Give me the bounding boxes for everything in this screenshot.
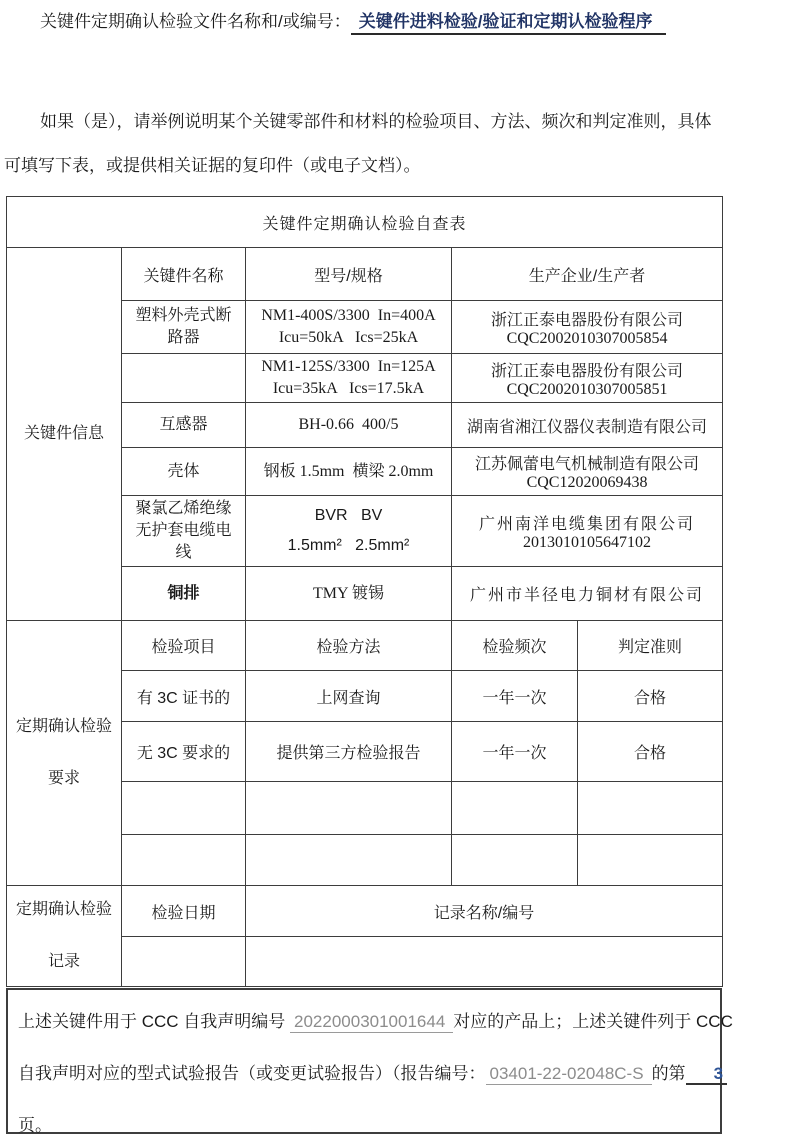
- section3-label-line2: 记录: [13, 951, 115, 973]
- cell-component-spec: NM1-125S/3300 In=125A Icu=35kA Ics=17.5k…: [246, 354, 452, 403]
- manufacturer-name: 浙江正泰电器股份有限公司: [458, 358, 716, 381]
- manufacturer-cert-no: CQC12020069438: [458, 474, 716, 492]
- ccc-declaration-box: 上述关键件用于 CCC 自我声明编号 2022000301001644对应的产品…: [6, 988, 722, 1134]
- cell-manufacturer: 湖南省湘江仪器仪表制造有限公司: [452, 403, 723, 448]
- manufacturer-cert-no: CQC2002010307005851: [458, 381, 716, 399]
- cell-manufacturer: 广州南洋电缆集团有限公司 2013010105647102: [452, 496, 723, 567]
- spec-line-1: BH-0.66 400/5: [252, 414, 445, 436]
- cell-component-spec: NM1-400S/3300 In=400A Icu=50kA Ics=25kA: [246, 301, 452, 354]
- cell-component-name: 铜排: [122, 567, 246, 621]
- spec-line-1: 钢板 1.5mm 横梁 2.0mm: [252, 461, 445, 483]
- cell-inspection-item: [122, 835, 246, 886]
- col-header-frequency: 检验频次: [452, 621, 578, 671]
- col-header-spec: 型号/规格: [246, 248, 452, 301]
- cell-criterion: 合格: [578, 671, 723, 722]
- manufacturer-name: 江苏佩蕾电气机械制造有限公司: [458, 451, 716, 474]
- declaration-text: 对应的产品上；上述关键件列于 CCC: [453, 1012, 733, 1031]
- section2-label-line1: 定期确认检验: [13, 716, 115, 738]
- cell-criterion: [578, 835, 723, 886]
- section3-label-line1: 定期确认检验: [13, 899, 115, 921]
- spec-line-2: Icu=35kA Ics=17.5kA: [252, 378, 445, 400]
- cell-inspection-item: 无 3C 要求的: [122, 722, 246, 782]
- cell-inspection-method: [246, 835, 452, 886]
- cell-component-spec: TMY 镀锡: [246, 567, 452, 621]
- col-header-manufacturer: 生产企业/生产者: [452, 248, 723, 301]
- self-check-table: 关键件定期确认检验自查表 关键件信息 关键件名称 型号/规格 生产企业/生产者 …: [6, 196, 723, 987]
- col-header-inspection-date: 检验日期: [122, 886, 246, 937]
- cell-inspection-item: [122, 782, 246, 835]
- spec-line-1: NM1-400S/3300 In=400A: [252, 305, 445, 327]
- cell-component-spec: BH-0.66 400/5: [246, 403, 452, 448]
- spec-line-1: NM1-125S/3300 In=125A: [252, 356, 445, 378]
- manufacturer-name: 湖南省湘江仪器仪表制造有限公司: [458, 414, 716, 437]
- cell-manufacturer: 浙江正泰电器股份有限公司 CQC2002010307005851: [452, 354, 723, 403]
- cell-record-name: [246, 937, 723, 987]
- declaration-text: 上述关键件用于 CCC 自我声明编号: [18, 1012, 285, 1031]
- declaration-line-1: 上述关键件用于 CCC 自我声明编号 2022000301001644对应的产品…: [18, 1007, 733, 1032]
- cell-inspection-method: [246, 782, 452, 835]
- declaration-line-2: 自我声明对应的型式试验报告（或变更试验报告）（报告编号：03401-22-020…: [18, 1059, 727, 1085]
- doc-number-value: 关键件进料检验/验证和定期认检验程序: [351, 12, 667, 35]
- section1-label: 关键件信息: [7, 248, 122, 621]
- spec-line-1: TMY 镀锡: [252, 583, 445, 605]
- intro-line-1: 如果（是），请举例说明某个关键零部件和材料的检验项目、方法、频次和判定准则，具体: [40, 107, 712, 132]
- manufacturer-name: 广州市半径电力铜材有限公司: [458, 582, 716, 605]
- spec-line-2: Icu=50kA Ics=25kA: [252, 327, 445, 349]
- section2-label: 定期确认检验 要求: [7, 621, 122, 886]
- report-page-number: 3: [710, 1064, 727, 1085]
- col-header-criterion: 判定准则: [578, 621, 723, 671]
- section3-label: 定期确认检验 记录: [7, 886, 122, 987]
- cell-inspection-frequency: [452, 782, 578, 835]
- cell-component-name: [122, 354, 246, 403]
- section1-label-text: 关键件信息: [13, 423, 115, 445]
- col-header-name: 关键件名称: [122, 248, 246, 301]
- cell-manufacturer: 江苏佩蕾电气机械制造有限公司 CQC12020069438: [452, 448, 723, 496]
- cell-component-name: 壳体: [122, 448, 246, 496]
- manufacturer-cert-no: CQC2002010307005854: [458, 330, 716, 348]
- table-title: 关键件定期确认检验自查表: [7, 197, 723, 248]
- document-page: 关键件定期确认检验文件名称和/或编号：关键件进料检验/验证和定期认检验程序 如果…: [0, 0, 800, 1141]
- cell-manufacturer: 浙江正泰电器股份有限公司 CQC2002010307005854: [452, 301, 723, 354]
- intro-line-2: 可填写下表，或提供相关证据的复印件（或电子文档）。: [4, 151, 421, 176]
- self-declaration-number: 2022000301001644: [290, 1012, 453, 1033]
- cell-inspection-date: [122, 937, 246, 987]
- cell-inspection-frequency: [452, 835, 578, 886]
- section2-label-line2: 要求: [13, 768, 115, 790]
- cell-inspection-frequency: 一年一次: [452, 671, 578, 722]
- doc-number-line: 关键件定期确认检验文件名称和/或编号：关键件进料检验/验证和定期认检验程序: [40, 10, 666, 34]
- col-header-method: 检验方法: [246, 621, 452, 671]
- declaration-text: 自我声明对应的型式试验报告（或变更试验报告）（报告编号：: [18, 1064, 486, 1083]
- spec-line-2: 1.5mm² 2.5mm²: [252, 535, 445, 557]
- cell-criterion: [578, 782, 723, 835]
- declaration-line-3: 页。: [18, 1111, 52, 1136]
- manufacturer-cert-no: 2013010105647102: [458, 534, 716, 552]
- manufacturer-name: 浙江正泰电器股份有限公司: [458, 307, 716, 330]
- blank-underline: [686, 1066, 710, 1085]
- cell-component-name: 互感器: [122, 403, 246, 448]
- cell-component-spec: 钢板 1.5mm 横梁 2.0mm: [246, 448, 452, 496]
- cell-component-spec: BVR BV 1.5mm² 2.5mm²: [246, 496, 452, 567]
- cell-manufacturer: 广州市半径电力铜材有限公司: [452, 567, 723, 621]
- col-header-item: 检验项目: [122, 621, 246, 671]
- col-header-record-name: 记录名称/编号: [246, 886, 723, 937]
- manufacturer-name: 广州南洋电缆集团有限公司: [458, 511, 716, 534]
- test-report-number: 03401-22-02048C-S: [486, 1064, 652, 1085]
- cell-component-name: 聚氯乙烯绝缘无护套电缆电线: [122, 496, 246, 567]
- cell-inspection-frequency: 一年一次: [452, 722, 578, 782]
- cell-component-name: 塑料外壳式断路器: [122, 301, 246, 354]
- cell-inspection-method: 上网查询: [246, 671, 452, 722]
- spec-line-1: BVR BV: [252, 505, 445, 527]
- doc-number-label: 关键件定期确认检验文件名称和/或编号：: [40, 12, 351, 31]
- declaration-text: 的第: [652, 1064, 686, 1083]
- cell-inspection-method: 提供第三方检验报告: [246, 722, 452, 782]
- cell-inspection-item: 有 3C 证书的: [122, 671, 246, 722]
- cell-criterion: 合格: [578, 722, 723, 782]
